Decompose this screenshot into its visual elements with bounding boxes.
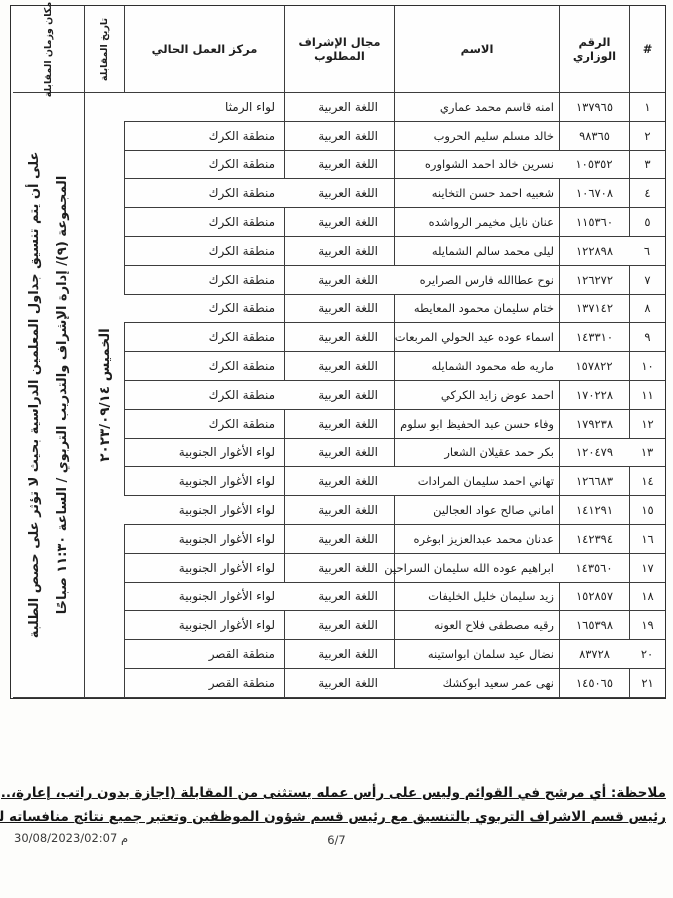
row-index-cell: ٦: [629, 237, 665, 266]
ministry-number-cell: ١٤٢٣٩٤: [559, 525, 629, 554]
interview-place-time-cell: على أن يتم تنسيق جداول المعلمين الدراسية…: [13, 93, 84, 698]
supervision-field-cell: اللغة العربية: [284, 237, 394, 266]
ministry-number-cell: ١٢٠٤٧٩: [559, 439, 629, 468]
name-cell: ليلى محمد سالم الشمايله: [394, 237, 559, 266]
ministry-number-cell: ١٧٩٢٣٨: [559, 410, 629, 439]
workplace-cell: منطقة القصر: [124, 640, 284, 669]
name-cell: اماني صالح عواد العجالين: [394, 496, 559, 525]
name-cell: وفاء حسن عبد الحفيظ ابو سلوم: [394, 410, 559, 439]
row-index-cell: ١: [629, 93, 665, 122]
ministry-number-cell: ١٢٢٨٩٨: [559, 237, 629, 266]
ministry-number-cell: ١٢٦٦٨٣: [559, 467, 629, 496]
ministry-number-cell: ١٣٧١٤٢: [559, 295, 629, 324]
row-index-cell: ٢١: [629, 669, 665, 698]
workplace-cell: منطقة الكرك: [124, 295, 284, 324]
row-index-cell: ٨: [629, 295, 665, 324]
supervision-field-cell: اللغة العربية: [284, 496, 394, 525]
workplace-cell: لواء الأغوار الجنوبية: [124, 439, 284, 468]
supervision-field-cell: اللغة العربية: [284, 669, 394, 698]
page-number: 6/7: [0, 833, 673, 847]
workplace-cell: لواء الأغوار الجنوبية: [124, 554, 284, 583]
row-index-cell: ٢: [629, 122, 665, 151]
header-name: الاسم: [394, 6, 559, 93]
header-current-workplace: مركز العمل الحالي: [124, 6, 284, 93]
row-index-cell: ١٥: [629, 496, 665, 525]
ministry-number-cell: ٨٣٧٢٨: [559, 640, 629, 669]
interview-place-line1: المجموعة (٩)/ إدارة الإشراف والتدريب الت…: [49, 95, 77, 695]
header-interview-place-time: مكان وزمان المقابلة: [13, 6, 84, 93]
workplace-cell: منطقة الكرك: [124, 266, 284, 295]
supervision-field-cell: اللغة العربية: [284, 295, 394, 324]
name-cell: خالد مسلم سليم الحروب: [394, 122, 559, 151]
name-cell: نضال عيد سلمان ابواستينه: [394, 640, 559, 669]
supervision-field-cell: اللغة العربية: [284, 525, 394, 554]
name-cell: رقيه مصطفى فلاح العونه: [394, 611, 559, 640]
ministry-number-cell: ١٤٣٣١٠: [559, 323, 629, 352]
workplace-cell: لواء الأغوار الجنوبية: [124, 496, 284, 525]
row-index-cell: ١٩: [629, 611, 665, 640]
workplace-cell: منطقة القصر: [124, 669, 284, 698]
row-index-cell: ١٦: [629, 525, 665, 554]
supervision-field-cell: اللغة العربية: [284, 151, 394, 180]
ministry-number-cell: ١٦٥٣٩٨: [559, 611, 629, 640]
workplace-cell: لواء الأغوار الجنوبية: [124, 467, 284, 496]
name-cell: شعبيه احمد حسن التخاينه: [394, 179, 559, 208]
ministry-number-cell: ١٣٧٩٦٥: [559, 93, 629, 122]
interview-place-line2: على أن يتم تنسيق جداول المعلمين الدراسية…: [21, 95, 49, 695]
supervision-field-cell: اللغة العربية: [284, 381, 394, 410]
ministry-number-cell: ١٥٧٨٢٢: [559, 352, 629, 381]
footer-note-line1: ملاحظة: أي مرشح في القوائم وليس على رأس …: [7, 781, 666, 805]
ministry-number-cell: ١٠٦٧٠٨: [559, 179, 629, 208]
name-cell: زيد سليمان خليل الخليفات: [394, 583, 559, 612]
workplace-cell: منطقة الكرك: [124, 179, 284, 208]
interview-date-value: الخميس ٢٠٢٣/٠٩/١٤: [97, 328, 113, 462]
name-cell: نهى عمر سعيد ابوكشك: [394, 669, 559, 698]
name-cell: احمد عوض زايد الكركي: [394, 381, 559, 410]
table-grid: # الرقم الوزاري الاسم مجال الإشراف المطل…: [11, 6, 665, 698]
workplace-cell: منطقة الكرك: [124, 151, 284, 180]
header-interview-place-time-label: مكان وزمان المقابلة: [43, 1, 54, 96]
row-index-cell: ٧: [629, 266, 665, 295]
name-cell: عدنان محمد عبدالعزيز ابوغره: [394, 525, 559, 554]
row-index-cell: ٩: [629, 323, 665, 352]
ministry-number-cell: ١٤١٢٩١: [559, 496, 629, 525]
ministry-number-cell: ١٠٥٣٥٢: [559, 151, 629, 180]
footer-note-line2: رئيس قسم الاشراف التربوي بالتنسيق مع رئي…: [7, 805, 666, 829]
workplace-cell: لواء الأغوار الجنوبية: [124, 611, 284, 640]
row-index-cell: ٥: [629, 208, 665, 237]
row-index-cell: ١١: [629, 381, 665, 410]
name-cell: عنان نايل مخيمر الرواشده: [394, 208, 559, 237]
row-index-cell: ٣: [629, 151, 665, 180]
row-index-cell: ١٠: [629, 352, 665, 381]
header-supervision-field: مجال الإشراف المطلوب: [284, 6, 394, 93]
supervision-field-cell: اللغة العربية: [284, 208, 394, 237]
name-cell: تهاني احمد سليمان المرادات: [394, 467, 559, 496]
row-index-cell: ١٢: [629, 410, 665, 439]
row-index-cell: ١٤: [629, 467, 665, 496]
name-cell: ابراهيم عوده الله سليمان السراحين: [394, 554, 559, 583]
footer-note: ملاحظة: أي مرشح في القوائم وليس على رأس …: [7, 781, 666, 830]
row-index-cell: ٢٠: [629, 640, 665, 669]
supervision-field-cell: اللغة العربية: [284, 410, 394, 439]
name-cell: نوح عطاالله فارس الصرايره: [394, 266, 559, 295]
header-interview-date: تاريخ المقابلة: [84, 6, 124, 93]
supervision-field-cell: اللغة العربية: [284, 640, 394, 669]
ministry-number-cell: ١٤٣٥٦٠: [559, 554, 629, 583]
workplace-cell: منطقة الكرك: [124, 381, 284, 410]
ministry-number-cell: ١٢٦٢٧٢: [559, 266, 629, 295]
ministry-number-cell: ١١٥٣٦٠: [559, 208, 629, 237]
supervision-field-cell: اللغة العربية: [284, 323, 394, 352]
name-cell: بكر حمد عقيلان الشعار: [394, 439, 559, 468]
workplace-cell: لواء الأغوار الجنوبية: [124, 583, 284, 612]
supervision-field-cell: اللغة العربية: [284, 122, 394, 151]
workplace-cell: منطقة الكرك: [124, 237, 284, 266]
ministry-number-cell: ١٧٠٢٢٨: [559, 381, 629, 410]
supervision-field-cell: اللغة العربية: [284, 352, 394, 381]
workplace-cell: منطقة الكرك: [124, 208, 284, 237]
ministry-number-cell: ١٤٥٠٦٥: [559, 669, 629, 698]
interview-place-time-text: على أن يتم تنسيق جداول المعلمين الدراسية…: [21, 95, 77, 695]
workplace-cell: منطقة الكرك: [124, 323, 284, 352]
name-cell: ختام سليمان محمود المعايطه: [394, 295, 559, 324]
document-page: { "table": { "headers": { "index": "#", …: [0, 0, 673, 898]
workplace-cell: لواء الأغوار الجنوبية: [124, 525, 284, 554]
ministry-number-cell: ١٥٢٨٥٧: [559, 583, 629, 612]
supervision-field-cell: اللغة العربية: [284, 266, 394, 295]
header-index: #: [629, 6, 665, 93]
supervision-field-cell: اللغة العربية: [284, 439, 394, 468]
supervision-field-cell: اللغة العربية: [284, 179, 394, 208]
header-ministry-number: الرقم الوزاري: [559, 6, 629, 93]
supervision-field-cell: اللغة العربية: [284, 611, 394, 640]
workplace-cell: لواء الرمثا: [124, 93, 284, 122]
name-cell: نسرين خالد احمد الشواوره: [394, 151, 559, 180]
workplace-cell: منطقة الكرك: [124, 122, 284, 151]
workplace-cell: منطقة الكرك: [124, 410, 284, 439]
row-index-cell: ١٨: [629, 583, 665, 612]
interview-schedule-table: # الرقم الوزاري الاسم مجال الإشراف المطل…: [10, 5, 666, 699]
supervision-field-cell: اللغة العربية: [284, 554, 394, 583]
supervision-field-cell: اللغة العربية: [284, 583, 394, 612]
supervision-field-cell: اللغة العربية: [284, 467, 394, 496]
name-cell: امنه قاسم محمد عماري: [394, 93, 559, 122]
row-index-cell: ١٣: [629, 439, 665, 468]
supervision-field-cell: اللغة العربية: [284, 93, 394, 122]
ministry-number-cell: ٩٨٣٦٥: [559, 122, 629, 151]
name-cell: اسماء عوده عيد الحولي المربعات: [394, 323, 559, 352]
interview-date-cell: الخميس ٢٠٢٣/٠٩/١٤: [84, 93, 124, 698]
row-index-cell: ١٧: [629, 554, 665, 583]
workplace-cell: منطقة الكرك: [124, 352, 284, 381]
header-interview-date-label: تاريخ المقابلة: [99, 17, 110, 80]
name-cell: ماريه طه محمود الشمايله: [394, 352, 559, 381]
row-index-cell: ٤: [629, 179, 665, 208]
